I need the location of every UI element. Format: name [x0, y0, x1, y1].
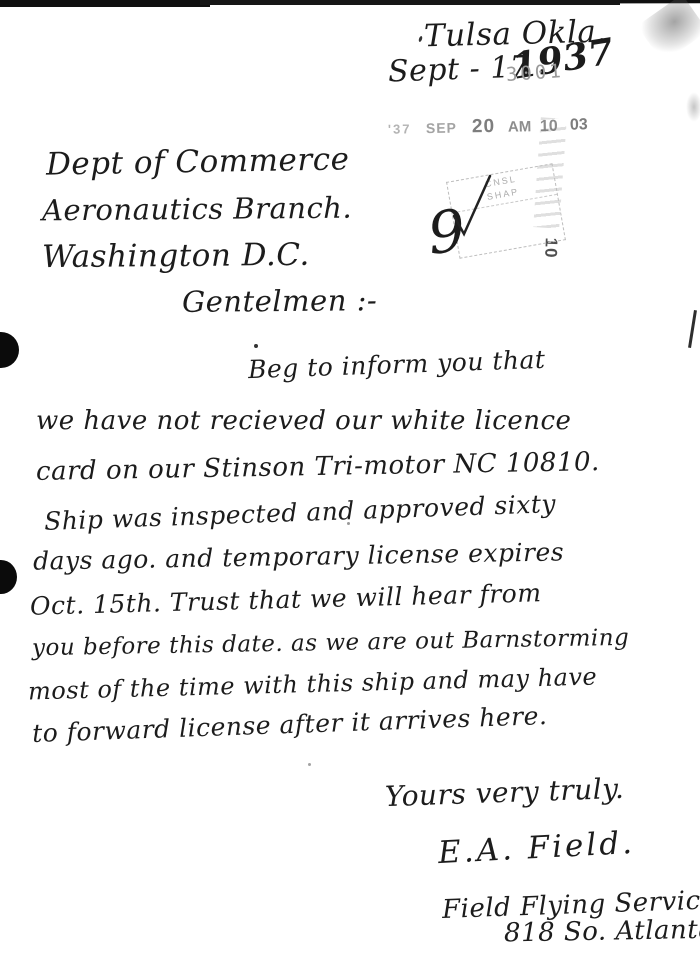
- handwritten-line: days ago. and temporary license expires: [33, 537, 565, 575]
- ink-speck: [254, 344, 258, 348]
- handwritten-line: to forward license after it arrives here…: [32, 701, 548, 748]
- handwritten-line: most of the time with this ship and may …: [28, 663, 598, 706]
- stamp-year: '37: [388, 121, 412, 136]
- salutation: Gentelmen :-: [182, 283, 378, 319]
- valediction: Yours very truly.: [384, 772, 624, 813]
- address-line: Washington D.C.: [42, 237, 310, 275]
- ink-speck: [418, 36, 423, 43]
- corner-smudge: [637, 0, 700, 63]
- check-mark-icon: [450, 172, 496, 242]
- ink-speck: [308, 763, 311, 766]
- stamp-meridiem: AM: [508, 118, 532, 135]
- address-line: Aeronautics Branch.: [42, 191, 352, 228]
- edge-ink-mark: [688, 310, 697, 348]
- handwritten-line: card on our Stinson Tri-motor NC 10810.: [36, 447, 600, 487]
- scanned-letter-page: Tulsa Okla. Sept - 17 1937 3001 '37 SEP …: [0, 0, 700, 954]
- handwritten-line: you before this date. as we are out Barn…: [32, 625, 630, 661]
- scan-edge-top-mid: [200, 0, 620, 5]
- signature-address: 818 So. Atlanta Ave.: [504, 914, 700, 949]
- handwritten-line: Oct. 15th. Trust that we will hear from: [30, 578, 542, 620]
- faint-serial-stamp: 3001: [505, 60, 564, 86]
- handwritten-line: Ship was inspected and approved sixty: [44, 489, 557, 536]
- scan-edge-top-left: [0, 0, 210, 7]
- handwritten-line: we have not recieved our white licence: [36, 406, 571, 436]
- stamp-day: 20: [472, 116, 496, 138]
- hole-punch-mark: [0, 560, 17, 594]
- stamp-month: SEP: [426, 120, 457, 137]
- stamp-minute: 03: [570, 116, 588, 134]
- handwritten-line: Beg to inform you that: [248, 345, 546, 384]
- hole-punch-mark: [0, 332, 19, 368]
- signature: E.A. Field.: [437, 825, 636, 871]
- address-line: Dept of Commerce: [46, 141, 350, 182]
- edge-smudge: [686, 92, 700, 122]
